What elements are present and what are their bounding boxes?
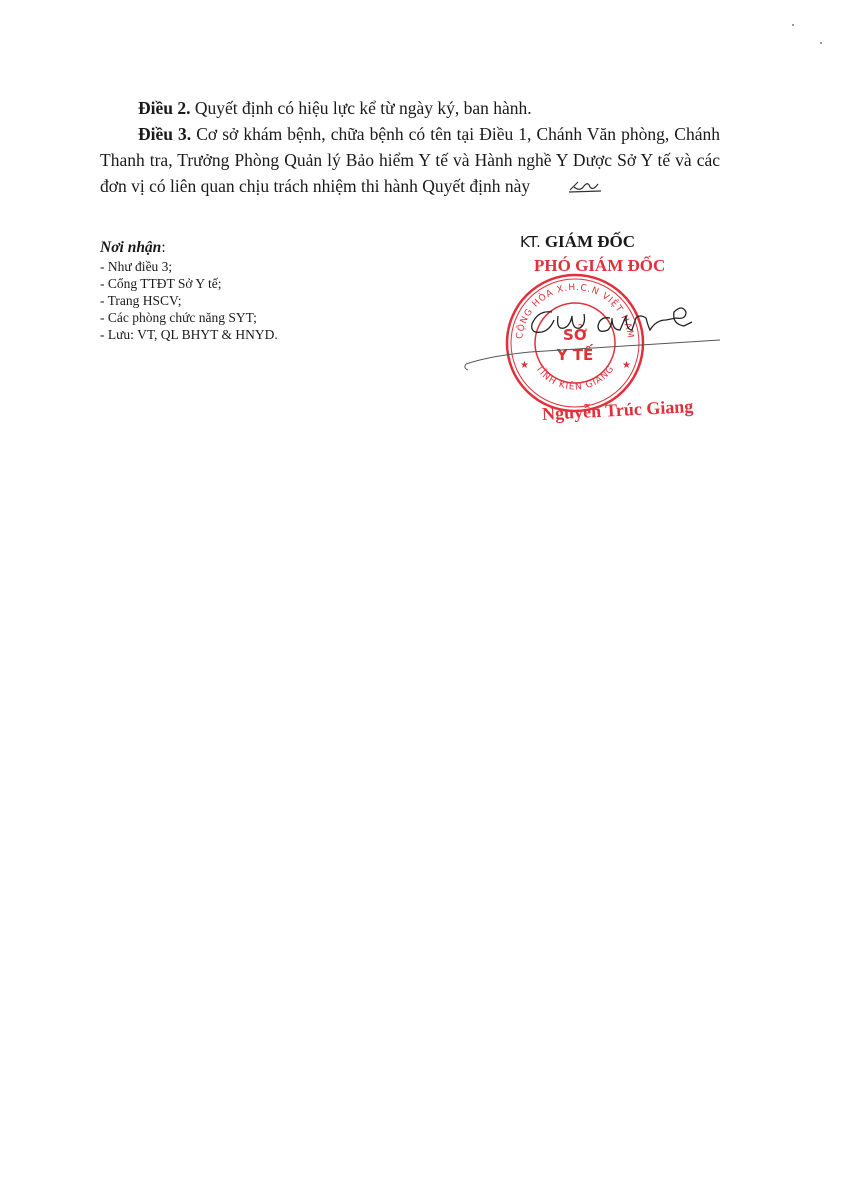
article-3: Điều 3. Cơ sở khám bệnh, chữa bệnh có tê… xyxy=(100,121,720,199)
kt-title: KT.GIÁM ĐỐC xyxy=(520,232,635,252)
signature-block: KT.GIÁM ĐỐC PHÓ GIÁM ĐỐC CỘNG HÒA X.H.C.… xyxy=(470,228,740,448)
article-2-text: Quyết định có hiệu lực kể từ ngày ký, ba… xyxy=(191,98,532,118)
recipient-item: - Các phòng chức năng SYT; xyxy=(100,309,278,326)
scan-speck xyxy=(820,42,822,44)
recipient-item: - Trang HSCV; xyxy=(100,292,278,309)
recipient-item: - Cổng TTĐT Sở Y tế; xyxy=(100,275,278,292)
recipients-block: Nơi nhận: - Như điều 3; - Cổng TTĐT Sở Y… xyxy=(100,238,278,343)
article-3-text: Cơ sở khám bệnh, chữa bệnh có tên tại Đi… xyxy=(100,124,720,196)
recipients-list: - Như điều 3; - Cổng TTĐT Sở Y tế; - Tra… xyxy=(100,258,278,343)
document-page: Điều 2. Quyết định có hiệu lực kể từ ngà… xyxy=(0,0,848,1200)
recipient-item: - Lưu: VT, QL BHYT & HNYD. xyxy=(100,326,278,343)
article-2: Điều 2. Quyết định có hiệu lực kể từ ngà… xyxy=(100,95,720,121)
handwritten-signature-icon xyxy=(460,290,730,380)
scan-speck xyxy=(792,24,794,26)
initial-mark-icon xyxy=(530,175,564,189)
article-2-label: Điều 2. xyxy=(138,98,191,118)
recipients-title: Nơi nhận: xyxy=(100,238,278,258)
article-3-label: Điều 3. xyxy=(138,124,191,144)
recipient-item: - Như điều 3; xyxy=(100,258,278,275)
